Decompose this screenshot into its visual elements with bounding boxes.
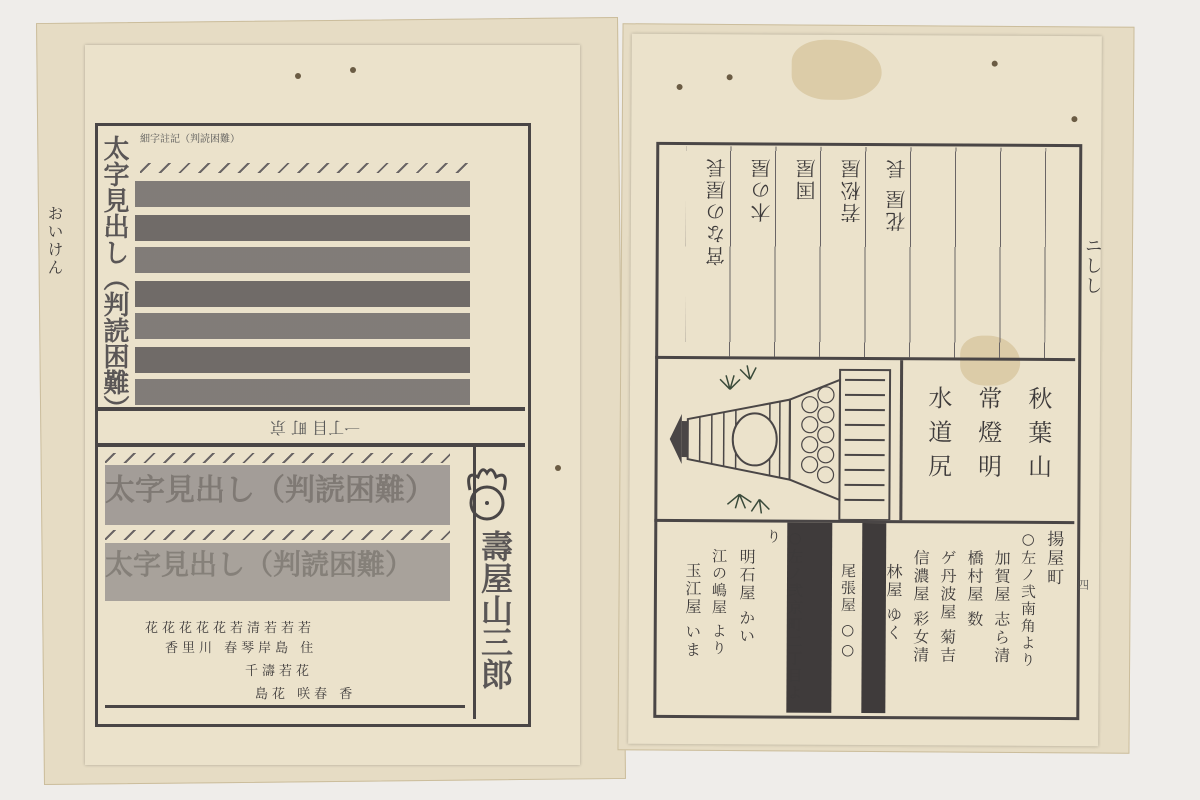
lower-column: ○左ノ弐京町二丁目より — [761, 528, 806, 712]
worm-hole — [295, 73, 301, 79]
zigzag-border-3 — [105, 530, 450, 540]
lower-column: 玉江屋 いま — [681, 562, 704, 659]
small-text-row-4: 島花 咲春 香 — [255, 683, 455, 702]
worm-hole — [350, 67, 356, 73]
page-number: 四 — [1077, 576, 1089, 593]
lower-column: 加賀屋 志ら清 — [990, 550, 1013, 665]
upper-section: 宮なの屋長 木の屋 国屋 若松屋 花屋 長 — [685, 146, 1046, 358]
inverted-strip: 一丁目 町 京 — [215, 417, 415, 440]
worm-hole — [555, 465, 561, 471]
worm-hole — [727, 74, 733, 80]
column-rules — [685, 146, 1046, 358]
worm-hole — [992, 61, 998, 67]
worm-hole — [1071, 116, 1077, 122]
caption-box: 秋葉山 常燈明 水道尻 — [904, 365, 1065, 516]
left-edge-note: おいけん — [43, 205, 65, 277]
lower-column: 明石屋 かい — [735, 548, 758, 645]
header-strip: 細字註記（判読困難） — [140, 130, 470, 160]
small-text-row-1: 花花花花花若清若若若 — [145, 617, 455, 636]
right-page: 宮なの屋長 木の屋 国屋 若松屋 花屋 長 ニしし — [628, 34, 1102, 746]
lower-heading-2: 太字見出し（判読困難） — [105, 543, 450, 601]
lower-column: ○左ノ弐南角より — [1017, 530, 1040, 669]
publisher-label: 壽屋山三郎 — [477, 530, 513, 690]
lower-column: 揚屋町 — [1042, 530, 1064, 587]
caption-column-akibasan: 秋葉山 — [1024, 386, 1051, 488]
flame-crest-icon — [460, 465, 514, 525]
lower-column: 橋村屋 数 — [963, 550, 985, 629]
bottom-rule — [105, 705, 465, 708]
upper-title-text: 太字見出し（判読困難） — [103, 135, 125, 421]
lower-column: 尾張屋 ○○ — [837, 563, 860, 661]
upper-edge-label: ニしし — [1080, 236, 1102, 296]
caption-column-suidojiri: 水道尻 — [924, 385, 951, 487]
stone-lantern-illustration — [659, 359, 900, 520]
worm-hole — [677, 84, 683, 90]
upper-title-block — [135, 175, 470, 405]
upper-block-rule — [95, 407, 525, 411]
zigzag-border — [140, 163, 470, 173]
mid-rule — [95, 443, 525, 447]
torn-edge — [792, 40, 882, 100]
dark-band — [861, 523, 886, 713]
caption-column-jotomyo: 常燈明 — [974, 386, 1001, 488]
lower-heading-1: 太字見出し（判読困難） — [105, 465, 450, 525]
small-text-row-3: 千濤若花 — [245, 660, 455, 679]
lower-column: ゲ丹波屋 菊吉 — [936, 549, 959, 664]
lower-column: 信濃屋 彩女清 — [909, 549, 932, 664]
lower-section: 揚屋町 ○左ノ弐南角より 加賀屋 志ら清 橋村屋 数 ゲ丹波屋 菊吉 信濃屋 彩… — [656, 522, 1072, 714]
small-text-row-2: 香里川 春琴岸島 住 — [165, 637, 455, 656]
left-page: おいけん 細字註記（判読困難） 太字見出し（判読困難） 一丁目 町 京 太字見出… — [85, 45, 580, 765]
zigzag-border-2 — [105, 453, 450, 463]
lower-column: 江の嶋屋 より — [708, 548, 731, 657]
